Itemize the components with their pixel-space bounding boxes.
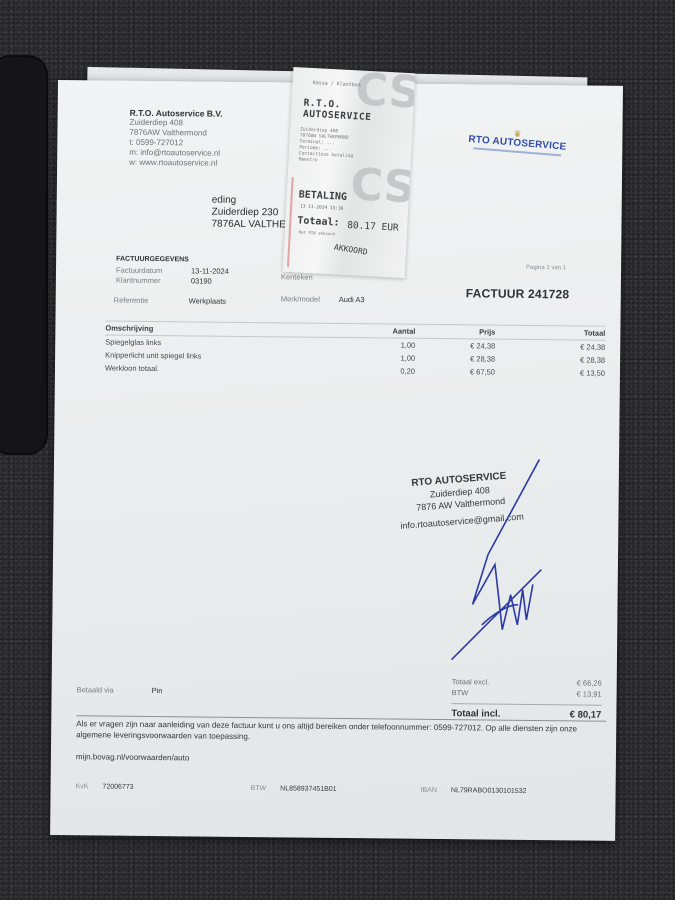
cell-quantity: 1,00 (345, 340, 415, 350)
cell-total: € 24,38 (495, 342, 605, 352)
btw-value: NL858937451B01 (280, 785, 337, 793)
col-description: Omschrijving (105, 324, 345, 336)
model-label: Merk/model (281, 294, 320, 303)
total-incl-value: € 80,17 (570, 709, 602, 720)
page-number: Pagina 1 van 1 (526, 265, 566, 271)
plate-label: Kenteken (281, 272, 313, 281)
payment-label: Betaald via (77, 685, 114, 694)
receipt-header: Kassa / Klantbon (312, 80, 360, 89)
receipt-payment-heading: BETALING (298, 189, 347, 203)
col-quantity: Aantal (345, 326, 415, 336)
company-logo: ♛ RTO AUTOSERVICE (467, 129, 567, 153)
signature-icon (422, 454, 564, 665)
invoice-date-label: Factuurdatum (116, 266, 162, 275)
reference-value: Werkplaats (189, 296, 226, 305)
footer-note: Als er vragen zijn naar aanleiding van d… (76, 715, 606, 746)
bag-strap (0, 55, 48, 455)
customer-street: Zuiderdiep 230 (212, 207, 289, 220)
btw-item: BTWNL858937451B01 (251, 785, 337, 793)
receipt-status: AKKOORD (333, 243, 368, 257)
invoice-title: FACTUUR 241728 (466, 286, 570, 301)
invoice-date-row: Factuurdatum 13-11-2024 (116, 266, 162, 275)
total-incl-label: Totaal incl. (451, 708, 500, 720)
total-incl-row: Totaal incl. € 80,17 (451, 703, 601, 721)
company-web: w: www.rtoautoservice.nl (129, 158, 222, 169)
customer-number-label: Klantnummer (116, 276, 161, 285)
total-excl-label: Totaal excl. (452, 676, 490, 687)
pin-receipt: CS CS Kassa / Klantbon R.T.O. AUTOSERVIC… (283, 67, 416, 278)
receipt-total-label: Totaal: (297, 215, 340, 228)
iban-item: IBANNL79RABO0130101532 (421, 787, 527, 795)
plate-row: Kenteken (281, 272, 313, 281)
customer-number: 03190 (191, 276, 212, 285)
iban-label: IBAN (421, 787, 437, 794)
btw-label: BTW (251, 785, 267, 792)
cell-price: € 28,38 (415, 354, 495, 364)
kvk-value: 72006773 (102, 784, 133, 791)
customer-address: eding Zuiderdiep 230 7876AL VALTHEI (211, 195, 288, 232)
vat-label: BTW (452, 687, 469, 698)
cell-total: € 13,50 (495, 368, 605, 378)
receipt-title: R.T.O. AUTOSERVICE (303, 98, 414, 126)
model-value: Audi A3 (339, 295, 365, 304)
iban-value: NL79RABO0130101532 (451, 787, 527, 795)
vat-value: € 13,91 (577, 688, 602, 699)
cell-description: Spiegelglas links (105, 338, 345, 350)
company-block: R.T.O. Autoservice B.V. Zuiderdiep 408 7… (129, 108, 223, 169)
receipt-details: Zuiderdiep 408 7876AW VALTHERMOND Termin… (298, 127, 354, 166)
total-excl-row: Totaal excl. € 66,26 (452, 676, 602, 689)
customer-name: eding (212, 195, 289, 208)
model-row: Merk/model Audi A3 (281, 294, 320, 303)
cell-price: € 24,38 (415, 341, 495, 351)
receipt-pin-note: Met PIN akkoord (299, 229, 335, 236)
terms-link[interactable]: mijn.bovag.nl/voorwaarden/auto (76, 752, 189, 762)
registration-row: KvK72006773 BTWNL858937451B01 IBANNL79RA… (76, 783, 596, 788)
cell-description: Knipperlicht unit spiegel links (105, 351, 345, 363)
totals-block: Totaal excl. € 66,26 BTW € 13,91 Totaal … (451, 676, 601, 721)
reference-label: Referentie (114, 296, 149, 305)
invoice-date: 13-11-2024 (191, 266, 229, 275)
reference-row: Referentie Werkplaats (114, 296, 149, 305)
total-excl-value: € 66,26 (577, 677, 602, 688)
cell-price: € 67,50 (415, 367, 495, 377)
line-items-table: Omschrijving Aantal Prijs Totaal Spiegel… (105, 321, 606, 380)
customer-number-row: Klantnummer 03190 (116, 276, 161, 285)
payment-method-row: Betaald via Pin (77, 685, 114, 694)
cell-total: € 28,38 (495, 355, 605, 365)
receipt-watermark-2: CS (349, 165, 415, 208)
payment-value: Pin (152, 686, 163, 695)
col-price: Prijs (415, 327, 495, 337)
vat-row: BTW € 13,91 (452, 687, 602, 700)
receipt-amount: 80.17 EUR (347, 220, 399, 234)
cell-quantity: 1,00 (345, 353, 415, 363)
kvk-item: KvK72006773 (76, 783, 134, 791)
cell-quantity: 0,20 (345, 366, 415, 376)
cell-description: Werkloon totaal. (105, 364, 345, 376)
invoice-details-title: FACTUURGEGEVENS (116, 256, 189, 264)
col-total: Totaal (495, 328, 605, 338)
kvk-label: KvK (76, 783, 89, 790)
receipt-edge-line (287, 177, 294, 267)
customer-city: 7876AL VALTHEI (211, 219, 288, 232)
receipt-datetime: 13-11-2024 15:36 (300, 204, 344, 211)
